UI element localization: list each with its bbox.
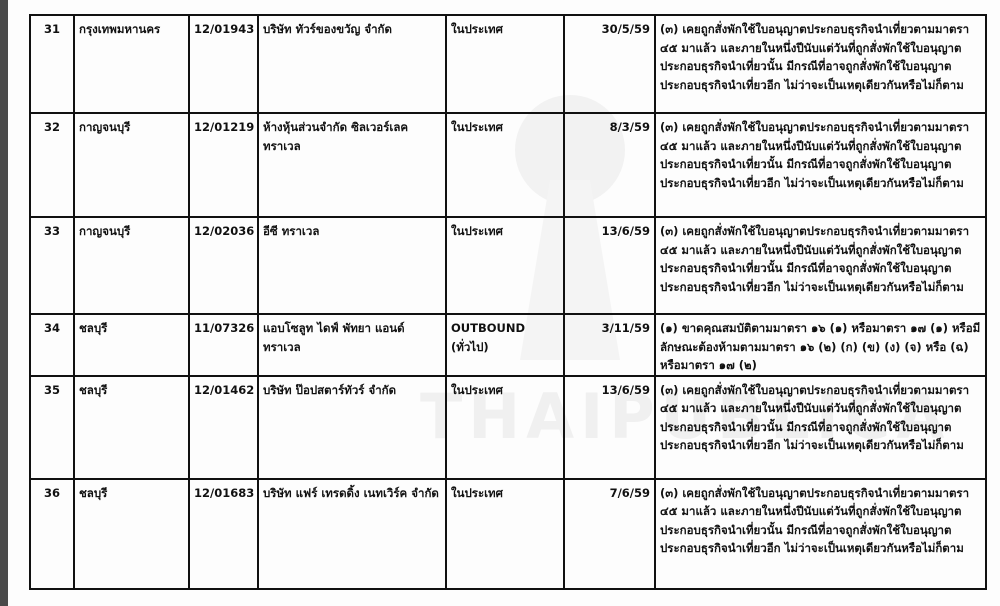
province-cell: ชลบุรี bbox=[74, 376, 189, 479]
business-type-cell: ในประเทศ bbox=[446, 15, 564, 113]
license-number-cell: 12/01943 bbox=[189, 15, 258, 113]
business-type-cell: ในประเทศ bbox=[446, 376, 564, 479]
date-cell: 3/11/59 bbox=[564, 314, 655, 376]
province-cell: กรุงเทพมหานคร bbox=[74, 15, 189, 113]
business-type-cell: ในประเทศ bbox=[446, 479, 564, 589]
row-number: 34 bbox=[30, 314, 74, 376]
date-cell: 8/3/59 bbox=[564, 113, 655, 217]
reason-cell: (๓) เคยถูกสั่งพักใช้ใบอนุญาตประกอบธุรกิจ… bbox=[655, 376, 986, 479]
table-row: 34 ชลบุรี 11/07326 แอบโซลูท ไดฟ์ พัทยา แ… bbox=[30, 314, 986, 376]
company-cell: บริษัท แฟร์ เทรดดิ้ง เนทเวิร์ค จำกัด bbox=[258, 479, 446, 589]
license-number-cell: 12/01462 bbox=[189, 376, 258, 479]
date-cell: 30/5/59 bbox=[564, 15, 655, 113]
license-number-cell: 12/01683 bbox=[189, 479, 258, 589]
row-number: 33 bbox=[30, 217, 74, 314]
row-number: 31 bbox=[30, 15, 74, 113]
business-type-cell: OUTBOUND (ทั่วไป) bbox=[446, 314, 564, 376]
company-cell: แอบโซลูท ไดฟ์ พัทยา แอนด์ ทราเวล bbox=[258, 314, 446, 376]
date-cell: 13/6/59 bbox=[564, 217, 655, 314]
province-cell: ชลบุรี bbox=[74, 314, 189, 376]
row-number: 35 bbox=[30, 376, 74, 479]
company-cell: บริษัท ป๊อปสตาร์ทัวร์ จำกัด bbox=[258, 376, 446, 479]
reason-cell: (๑) ขาดคุณสมบัติตามมาตรา ๑๖ (๑) หรือมาตร… bbox=[655, 314, 986, 376]
company-cell: ห้างหุ้นส่วนจำกัด ซิลเวอร์เลค ทราเวล bbox=[258, 113, 446, 217]
table-row: 36 ชลบุรี 12/01683 บริษัท แฟร์ เทรดดิ้ง … bbox=[30, 479, 986, 589]
province-cell: กาญจนบุรี bbox=[74, 113, 189, 217]
reason-cell: (๓) เคยถูกสั่งพักใช้ใบอนุญาตประกอบธุรกิจ… bbox=[655, 479, 986, 589]
reason-cell: (๓) เคยถูกสั่งพักใช้ใบอนุญาตประกอบธุรกิจ… bbox=[655, 15, 986, 113]
reason-cell: (๓) เคยถูกสั่งพักใช้ใบอนุญาตประกอบธุรกิจ… bbox=[655, 113, 986, 217]
date-cell: 13/6/59 bbox=[564, 376, 655, 479]
license-number-cell: 12/01219 bbox=[189, 113, 258, 217]
license-number-cell: 12/02036 bbox=[189, 217, 258, 314]
window-edge bbox=[0, 0, 8, 606]
table-row: 32 กาญจนบุรี 12/01219 ห้างหุ้นส่วนจำกัด … bbox=[30, 113, 986, 217]
province-cell: ชลบุรี bbox=[74, 479, 189, 589]
license-number-cell: 11/07326 bbox=[189, 314, 258, 376]
company-cell: อีซี ทราเวล bbox=[258, 217, 446, 314]
table-row: 35 ชลบุรี 12/01462 บริษัท ป๊อปสตาร์ทัวร์… bbox=[30, 376, 986, 479]
business-type-cell: ในประเทศ bbox=[446, 113, 564, 217]
company-cell: บริษัท ทัวร์ของขวัญ จำกัด bbox=[258, 15, 446, 113]
row-number: 32 bbox=[30, 113, 74, 217]
business-type-cell: ในประเทศ bbox=[446, 217, 564, 314]
date-cell: 7/6/59 bbox=[564, 479, 655, 589]
row-number: 36 bbox=[30, 479, 74, 589]
province-cell: กาญจนบุรี bbox=[74, 217, 189, 314]
reason-cell: (๓) เคยถูกสั่งพักใช้ใบอนุญาตประกอบธุรกิจ… bbox=[655, 217, 986, 314]
table-row: 33 กาญจนบุรี 12/02036 อีซี ทราเวล ในประเ… bbox=[30, 217, 986, 314]
revoked-license-table: 31 กรุงเทพมหานคร 12/01943 บริษัท ทัวร์ขอ… bbox=[29, 14, 987, 590]
table-row: 31 กรุงเทพมหานคร 12/01943 บริษัท ทัวร์ขอ… bbox=[30, 15, 986, 113]
